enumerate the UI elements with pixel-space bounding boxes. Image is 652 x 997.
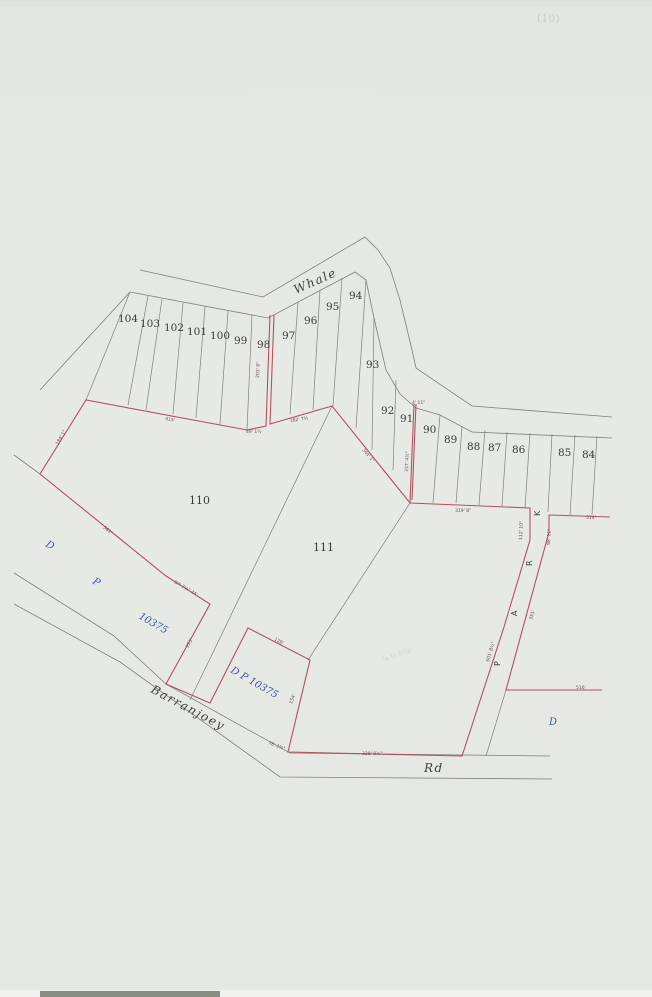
- svg-text:91: 91: [400, 413, 413, 425]
- svg-text:97: 97: [282, 330, 295, 342]
- svg-text:103: 103: [140, 318, 160, 330]
- svg-text:A: A: [510, 610, 519, 616]
- svg-text:601' 8½": 601' 8½": [484, 641, 496, 663]
- dp-west-p: P: [90, 576, 102, 590]
- svg-text:154': 154': [288, 693, 297, 704]
- whale-street-label: Whale: [292, 265, 339, 296]
- svg-text:93: 93: [366, 359, 379, 371]
- dp-west-d: D: [43, 539, 56, 553]
- svg-text:85: 85: [558, 447, 571, 459]
- svg-text:514': 514': [586, 515, 596, 521]
- svg-text:4' 11": 4' 11": [412, 400, 425, 406]
- svg-text:88: 88: [467, 441, 480, 453]
- sheet-binding-tab: [40, 991, 220, 997]
- svg-text:49' 1½: 49' 1½: [246, 428, 262, 435]
- svg-text:98: 98: [257, 339, 270, 351]
- dp-south-block: D P 10375: [228, 665, 280, 701]
- lot-111-label: 111: [313, 541, 334, 554]
- svg-text:415': 415': [165, 416, 176, 424]
- svg-text:203' 8": 203' 8": [255, 362, 262, 378]
- lot-numbers-east-row: 90 89 88 87 86 85 84: [423, 424, 596, 461]
- svg-text:87: 87: [488, 442, 501, 454]
- svg-text:184' 1": 184' 1": [55, 429, 68, 446]
- svg-text:96: 96: [304, 315, 318, 327]
- west-outline: [14, 292, 130, 474]
- svg-text:78' 3½": 78' 3½": [267, 739, 286, 752]
- svg-text:R: R: [525, 560, 534, 566]
- svg-text:253': 253': [185, 637, 195, 649]
- svg-text:90: 90: [423, 424, 436, 436]
- subdivision-plan: 104 103 102 101 100 99 98 97 96 95 94 93…: [0, 0, 652, 997]
- map-sheet: (10): [0, 0, 652, 997]
- svg-text:112' 10": 112' 10": [518, 521, 525, 540]
- faint-area-note: 7a 1r 5½p: [380, 647, 412, 664]
- rd-label: Rd: [423, 761, 444, 775]
- svg-text:128': 128': [273, 636, 284, 646]
- svg-text:102: 102: [164, 322, 184, 334]
- lot-dividers-east-row: [433, 415, 597, 515]
- svg-text:337' 4½": 337' 4½": [403, 451, 411, 472]
- svg-text:84: 84: [582, 449, 596, 461]
- svg-text:99: 99: [234, 335, 247, 347]
- svg-text:319' 8": 319' 8": [455, 508, 471, 514]
- svg-text:516': 516': [576, 685, 586, 691]
- svg-text:351': 351': [528, 609, 536, 620]
- svg-text:94: 94: [349, 290, 363, 302]
- lot-dividers-east: [290, 278, 396, 470]
- svg-text:K: K: [533, 510, 542, 516]
- svg-text:98' 11": 98' 11": [546, 529, 553, 545]
- svg-text:P: P: [493, 661, 502, 666]
- dp-west-number: 10375: [137, 611, 170, 636]
- svg-text:89: 89: [444, 434, 457, 446]
- svg-text:101: 101: [187, 326, 207, 338]
- svg-text:92: 92: [381, 405, 394, 417]
- barrenjoey-road-label: Barranjoey: [148, 682, 228, 733]
- lot-numbers-top-east: 97 96 95 94 93 92 91: [282, 290, 413, 425]
- svg-text:100: 100: [210, 330, 230, 342]
- svg-text:95: 95: [326, 301, 339, 313]
- svg-text:561': 561': [102, 525, 113, 536]
- svg-text:87' 7½" 44': 87' 7½" 44': [173, 579, 199, 598]
- svg-text:338' 8½": 338' 8½": [362, 750, 383, 757]
- svg-text:86: 86: [512, 444, 526, 456]
- svg-text:104: 104: [118, 313, 138, 325]
- boundary-lines: [40, 315, 610, 756]
- dimension-labels: 184' 1" 415' 49' 1½ 182' 7½ 344' 1" 337'…: [55, 362, 596, 757]
- park-label: P A R K: [493, 510, 542, 666]
- dp-east-d: D: [548, 717, 557, 728]
- lot111-lines: [190, 406, 506, 756]
- lot-110-label: 110: [189, 494, 210, 507]
- lot-numbers-top-west: 104 103 102 101 100 99 98: [118, 313, 270, 351]
